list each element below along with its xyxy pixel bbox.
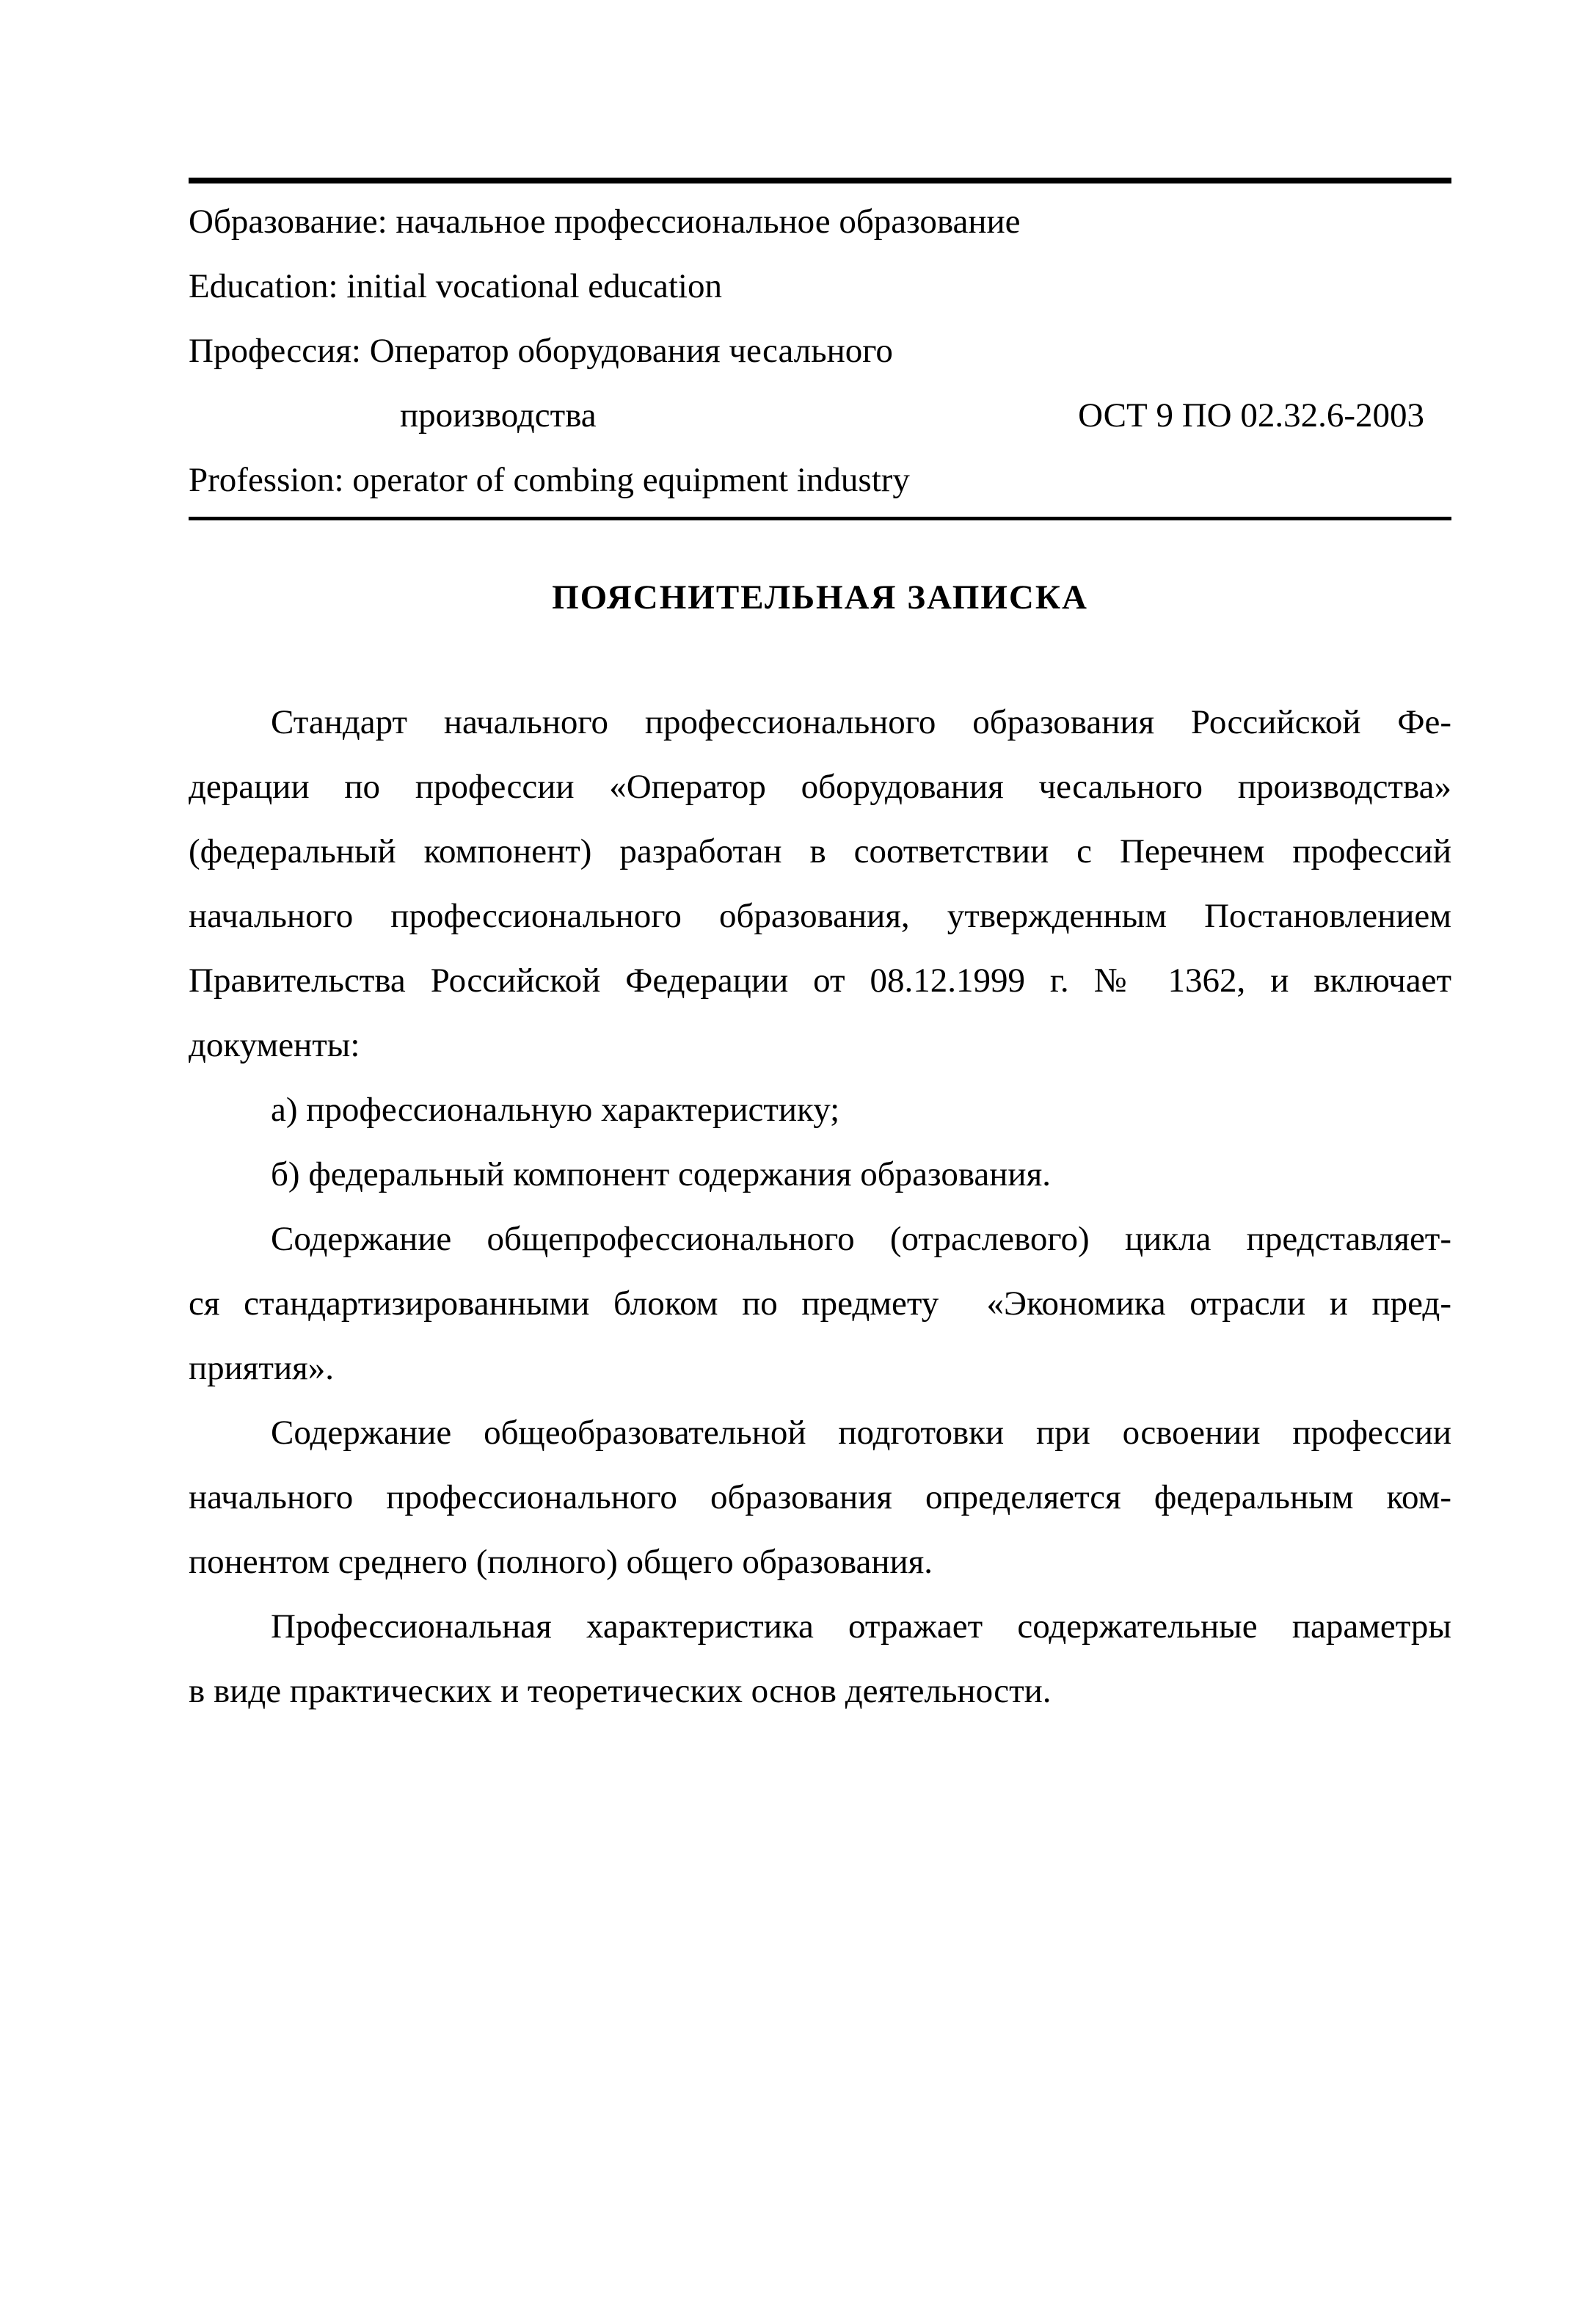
body-line-2: дерации по профессии «Оператор оборудова…: [189, 755, 1451, 819]
header-line-education-en: Education: initial vocational education: [189, 254, 1451, 319]
body-line-13: начального профессионального образования…: [189, 1465, 1451, 1530]
body-line-11: приятия».: [189, 1336, 1451, 1400]
header-line-profession-ru: Профессия: Оператор оборудования чесальн…: [189, 319, 1451, 383]
body-line-6: документы:: [189, 1013, 1451, 1077]
body-line-7-list-item-a: а) профессиональную характеристику;: [189, 1077, 1451, 1142]
body-line-5: Правительства Российской Федерации от 08…: [189, 948, 1451, 1013]
header-line-education-ru: Образование: начальное профессиональное …: [189, 189, 1451, 254]
body-line-1: Стандарт начального профессионального об…: [189, 690, 1451, 755]
body-line-4: начального профессионального образования…: [189, 884, 1451, 948]
body-line-3: (федеральный компонент) разработан в соо…: [189, 819, 1451, 884]
body-line-10: ся стандартизированными блоком по предме…: [189, 1271, 1451, 1336]
header-line-profession-continuation: производства ОСТ 9 ПО 02.32.6-2003: [189, 383, 1451, 448]
document-header: Образование: начальное профессиональное …: [189, 178, 1451, 520]
body-line-8-list-item-b: б) федеральный компонент содержания обра…: [189, 1142, 1451, 1207]
body-line-14: понентом среднего (полного) общего образ…: [189, 1530, 1451, 1594]
standard-code: ОСТ 9 ПО 02.32.6-2003: [1078, 383, 1424, 448]
body-line-16: в виде практических и теоретических осно…: [189, 1659, 1451, 1723]
body-line-12: Содержание общеобразовательной подготовк…: [189, 1400, 1451, 1465]
page-title: ПОЯСНИТЕЛЬНАЯ ЗАПИСКА: [189, 565, 1451, 630]
header-line-profession-en: Profession: operator of combing equipmen…: [189, 448, 1451, 512]
body-line-15: Профессиональная характеристика отражает…: [189, 1594, 1451, 1659]
body-line-9: Содержание общепрофессионального (отрасл…: [189, 1207, 1451, 1271]
document-body: Стандарт начального профессионального об…: [189, 690, 1451, 1723]
document-page: Образование: начальное профессиональное …: [0, 0, 1596, 2312]
profession-continuation-text: производства: [400, 383, 597, 448]
